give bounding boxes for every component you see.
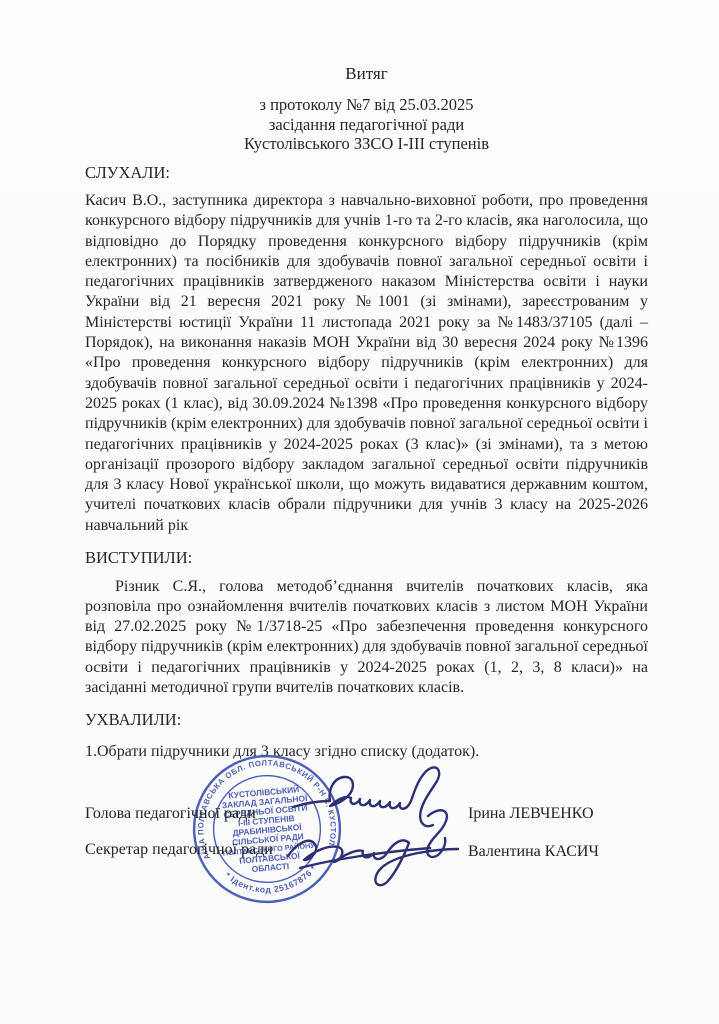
school-name-line: Кустолівського ЗЗСО І-ІІІ ступенів bbox=[85, 134, 648, 154]
document-content: Витяг з протоколу №7 від 25.03.2025 засі… bbox=[0, 0, 719, 762]
official-stamp: УКРАЇНА ПОЛТАВСЬКА ОБЛ. ПОЛТАВСЬКИЙ Р-Н … bbox=[189, 751, 345, 907]
stamp-ring-top-text: УКРАЇНА ПОЛТАВСЬКА ОБЛ. ПОЛТАВСЬКИЙ Р-Н … bbox=[189, 751, 340, 862]
meeting-line: засідання педагогічної ради bbox=[85, 115, 648, 135]
stamp-center-line: ПОЛТАВСЬКОЇ bbox=[239, 850, 301, 865]
stamp-center-line: ЗАКЛАД ЗАГАЛЬНОЇ bbox=[221, 793, 308, 810]
stamp-center-line: І-ІІІ СТУПЕНІВ bbox=[238, 813, 295, 828]
paragraph-decided: 1.Обрати підручники для 3 класу згідно с… bbox=[85, 742, 648, 762]
stamp-center-line: КУСТОЛІВСЬКИЙ bbox=[228, 783, 300, 800]
paragraph-heard: Касич В.О., заступника директора з навча… bbox=[85, 191, 648, 536]
section-heading-spoke: ВИСТУПИЛИ: bbox=[85, 548, 648, 568]
stamp-ring-bottom-text: * Ідент.код 25167876 * bbox=[222, 862, 320, 898]
stamp-center-line: ОБЛАСТІ bbox=[251, 861, 289, 874]
stamp-center-line: ПОЛТАВСЬКОГО РАЙОНУ bbox=[222, 841, 315, 858]
signature-levchenko-stroke bbox=[293, 767, 439, 826]
signature-role-secretary: Секретар педагогічної ради bbox=[85, 841, 273, 859]
signature-levchenko-flourish bbox=[427, 810, 447, 857]
stamp-center-line: СІЛЬСЬКОЇ РАДИ bbox=[232, 831, 304, 847]
signature-name-secretary: Валентина КАСИЧ bbox=[468, 843, 599, 861]
stamp-center-line: СЕРЕДНЬОЇ ОСВІТИ bbox=[223, 802, 308, 819]
signature-ink-group bbox=[288, 767, 458, 885]
document-subtitle-block: з протоколу №7 від 25.03.2025 засідання … bbox=[85, 95, 648, 154]
signature-role-head: Голова педагогічної ради bbox=[85, 805, 256, 823]
signature-name-head: Ірина ЛЕВЧЕНКО bbox=[468, 805, 594, 823]
section-heading-heard: СЛУХАЛИ: bbox=[85, 163, 648, 183]
signature-kasych-crossline bbox=[300, 848, 430, 868]
section-heading-decided: УХВАЛИЛИ: bbox=[85, 710, 648, 730]
signature-kasych-stroke bbox=[288, 840, 458, 885]
stamp-outer-circle bbox=[189, 751, 345, 907]
stamp-inner-circle bbox=[209, 771, 325, 887]
document-title: Витяг bbox=[85, 64, 648, 84]
document-page: Витяг з протоколу №7 від 25.03.2025 засі… bbox=[0, 0, 719, 1024]
protocol-number-line: з протоколу №7 від 25.03.2025 bbox=[85, 95, 648, 115]
paragraph-spoke: Різник С.Я., голова методоб’єднання вчит… bbox=[85, 577, 648, 699]
stamp-center-text-block: КУСТОЛІВСЬКИЙ ЗАКЛАД ЗАГАЛЬНОЇ СЕРЕДНЬОЇ… bbox=[217, 782, 317, 876]
stamp-center-line: ДРАБИНІВСЬКОЇ bbox=[232, 822, 303, 838]
handwritten-signatures bbox=[265, 750, 495, 910]
